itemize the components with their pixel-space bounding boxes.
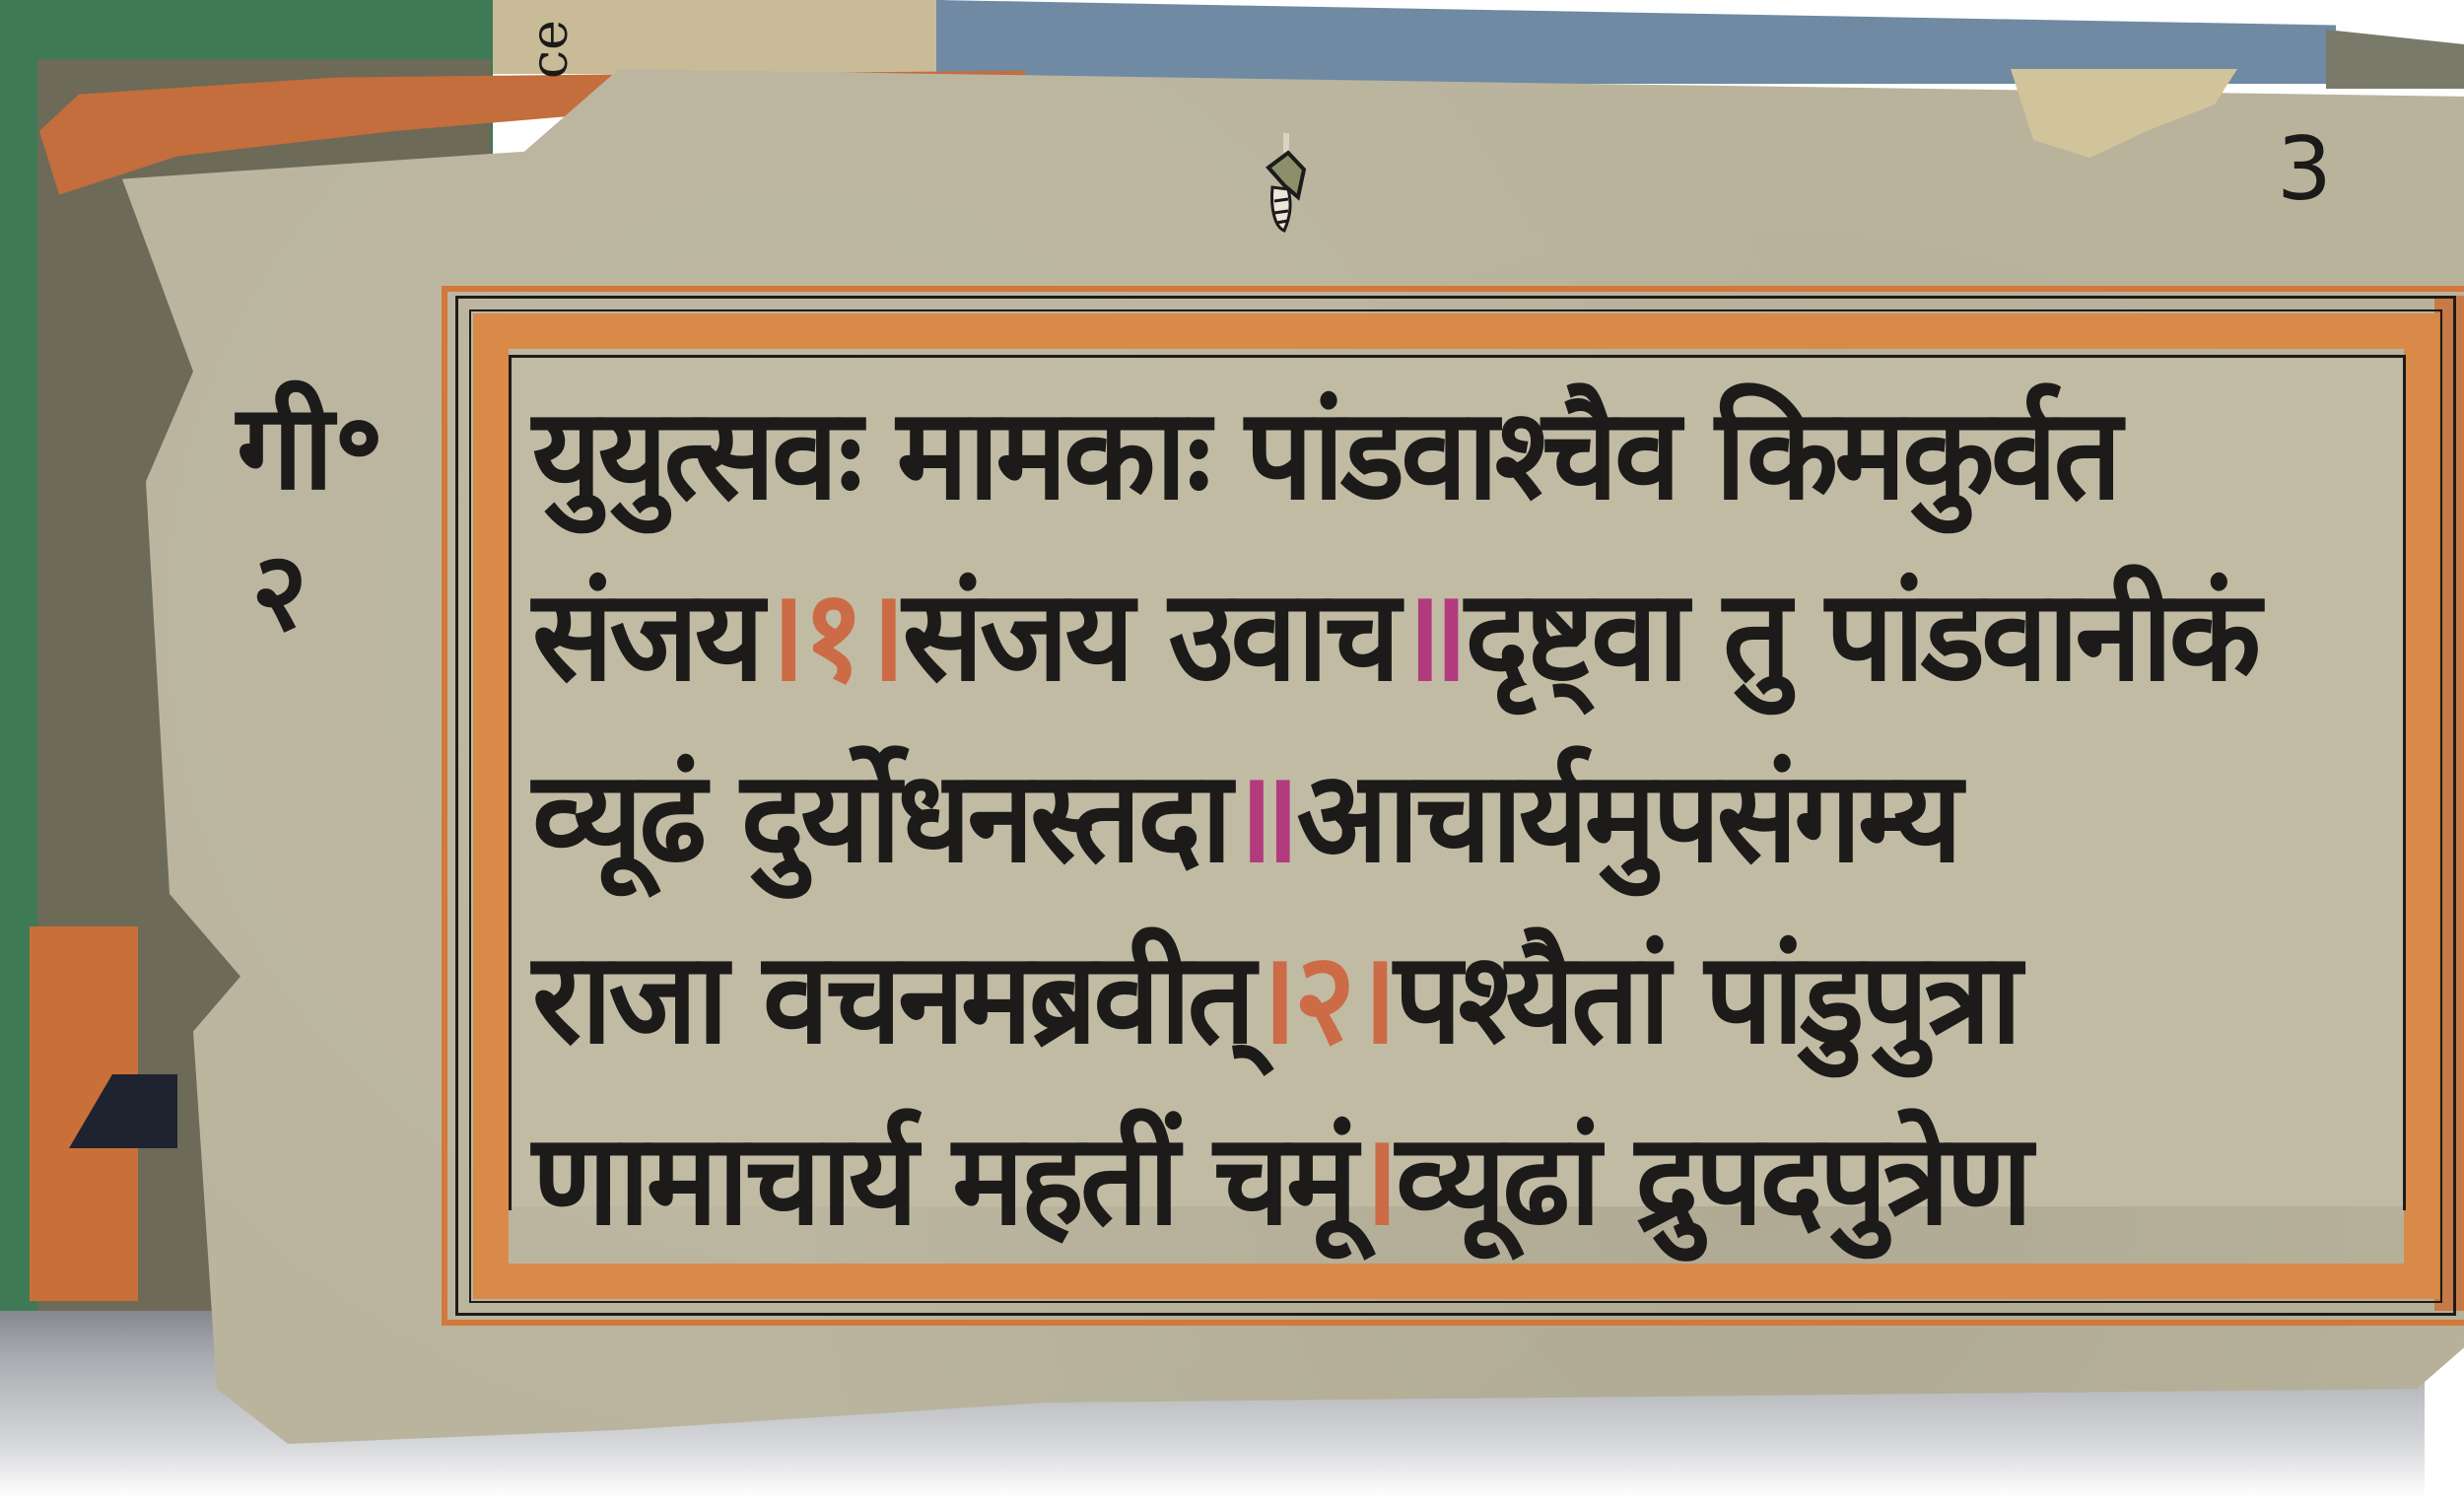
text-line-3: व्यूढं दुर्योधनस्तदा॥आचार्यमुपसंगम्य bbox=[532, 727, 2311, 909]
verse-marker-pink: ॥ bbox=[1397, 563, 1465, 710]
manuscript-text: युयुत्सवः मामकाः पांडवाश्चैव किमकुर्वत स… bbox=[532, 365, 2405, 1271]
line-segment: णामाचार्य महतीं चमूं bbox=[532, 1107, 1354, 1254]
line-segment: व्यूढां द्रुपदपुत्रेण bbox=[1396, 1107, 2029, 1254]
text-line-1: युयुत्सवः मामकाः पांडवाश्चैव किमकुर्वत bbox=[532, 365, 2311, 546]
text-line-4: राजा वचनमब्रवीत्।२।पश्यैतां पांडुपुत्रा bbox=[532, 909, 2311, 1090]
line-segment: संजय उवाच bbox=[903, 563, 1398, 710]
verse-marker-red: ।१। bbox=[761, 563, 903, 710]
handwritten-fragment: ce bbox=[520, 20, 580, 79]
line-segment: संजय bbox=[532, 563, 761, 710]
text-line-2: संजय।१।संजय उवाच॥दृष्ट्वा तु पांडवानीकं bbox=[532, 546, 2311, 727]
page-number: 3 bbox=[2277, 126, 2332, 213]
line-segment: व्यूढं दुर्योधनस्तदा bbox=[532, 744, 1228, 891]
verse-marker-pink: ॥ bbox=[1228, 744, 1296, 891]
line-segment: राजा वचनमब्रवीत् bbox=[532, 925, 1252, 1072]
margin-folio-number: २ bbox=[251, 537, 308, 646]
text-line-5: णामाचार्य महतीं चमूं।व्यूढां द्रुपदपुत्र… bbox=[532, 1090, 2311, 1271]
line-segment: युयुत्सवः मामकाः पांडवाश्चैव किमकुर्वत bbox=[532, 381, 2118, 528]
dark-cover-strip bbox=[2326, 30, 2464, 89]
verse-marker-red: । bbox=[1354, 1107, 1396, 1254]
margin-title: गी॰ bbox=[237, 389, 384, 508]
line-segment: दृष्ट्वा तु पांडवानीकं bbox=[1465, 563, 2257, 710]
hanging-ornament-icon bbox=[1257, 128, 1316, 237]
line-segment: पश्यैतां पांडुपुत्रा bbox=[1394, 925, 2019, 1072]
line-segment: आचार्यमुपसंगम्य bbox=[1297, 744, 1959, 891]
verse-marker-red: ।२। bbox=[1252, 925, 1394, 1072]
